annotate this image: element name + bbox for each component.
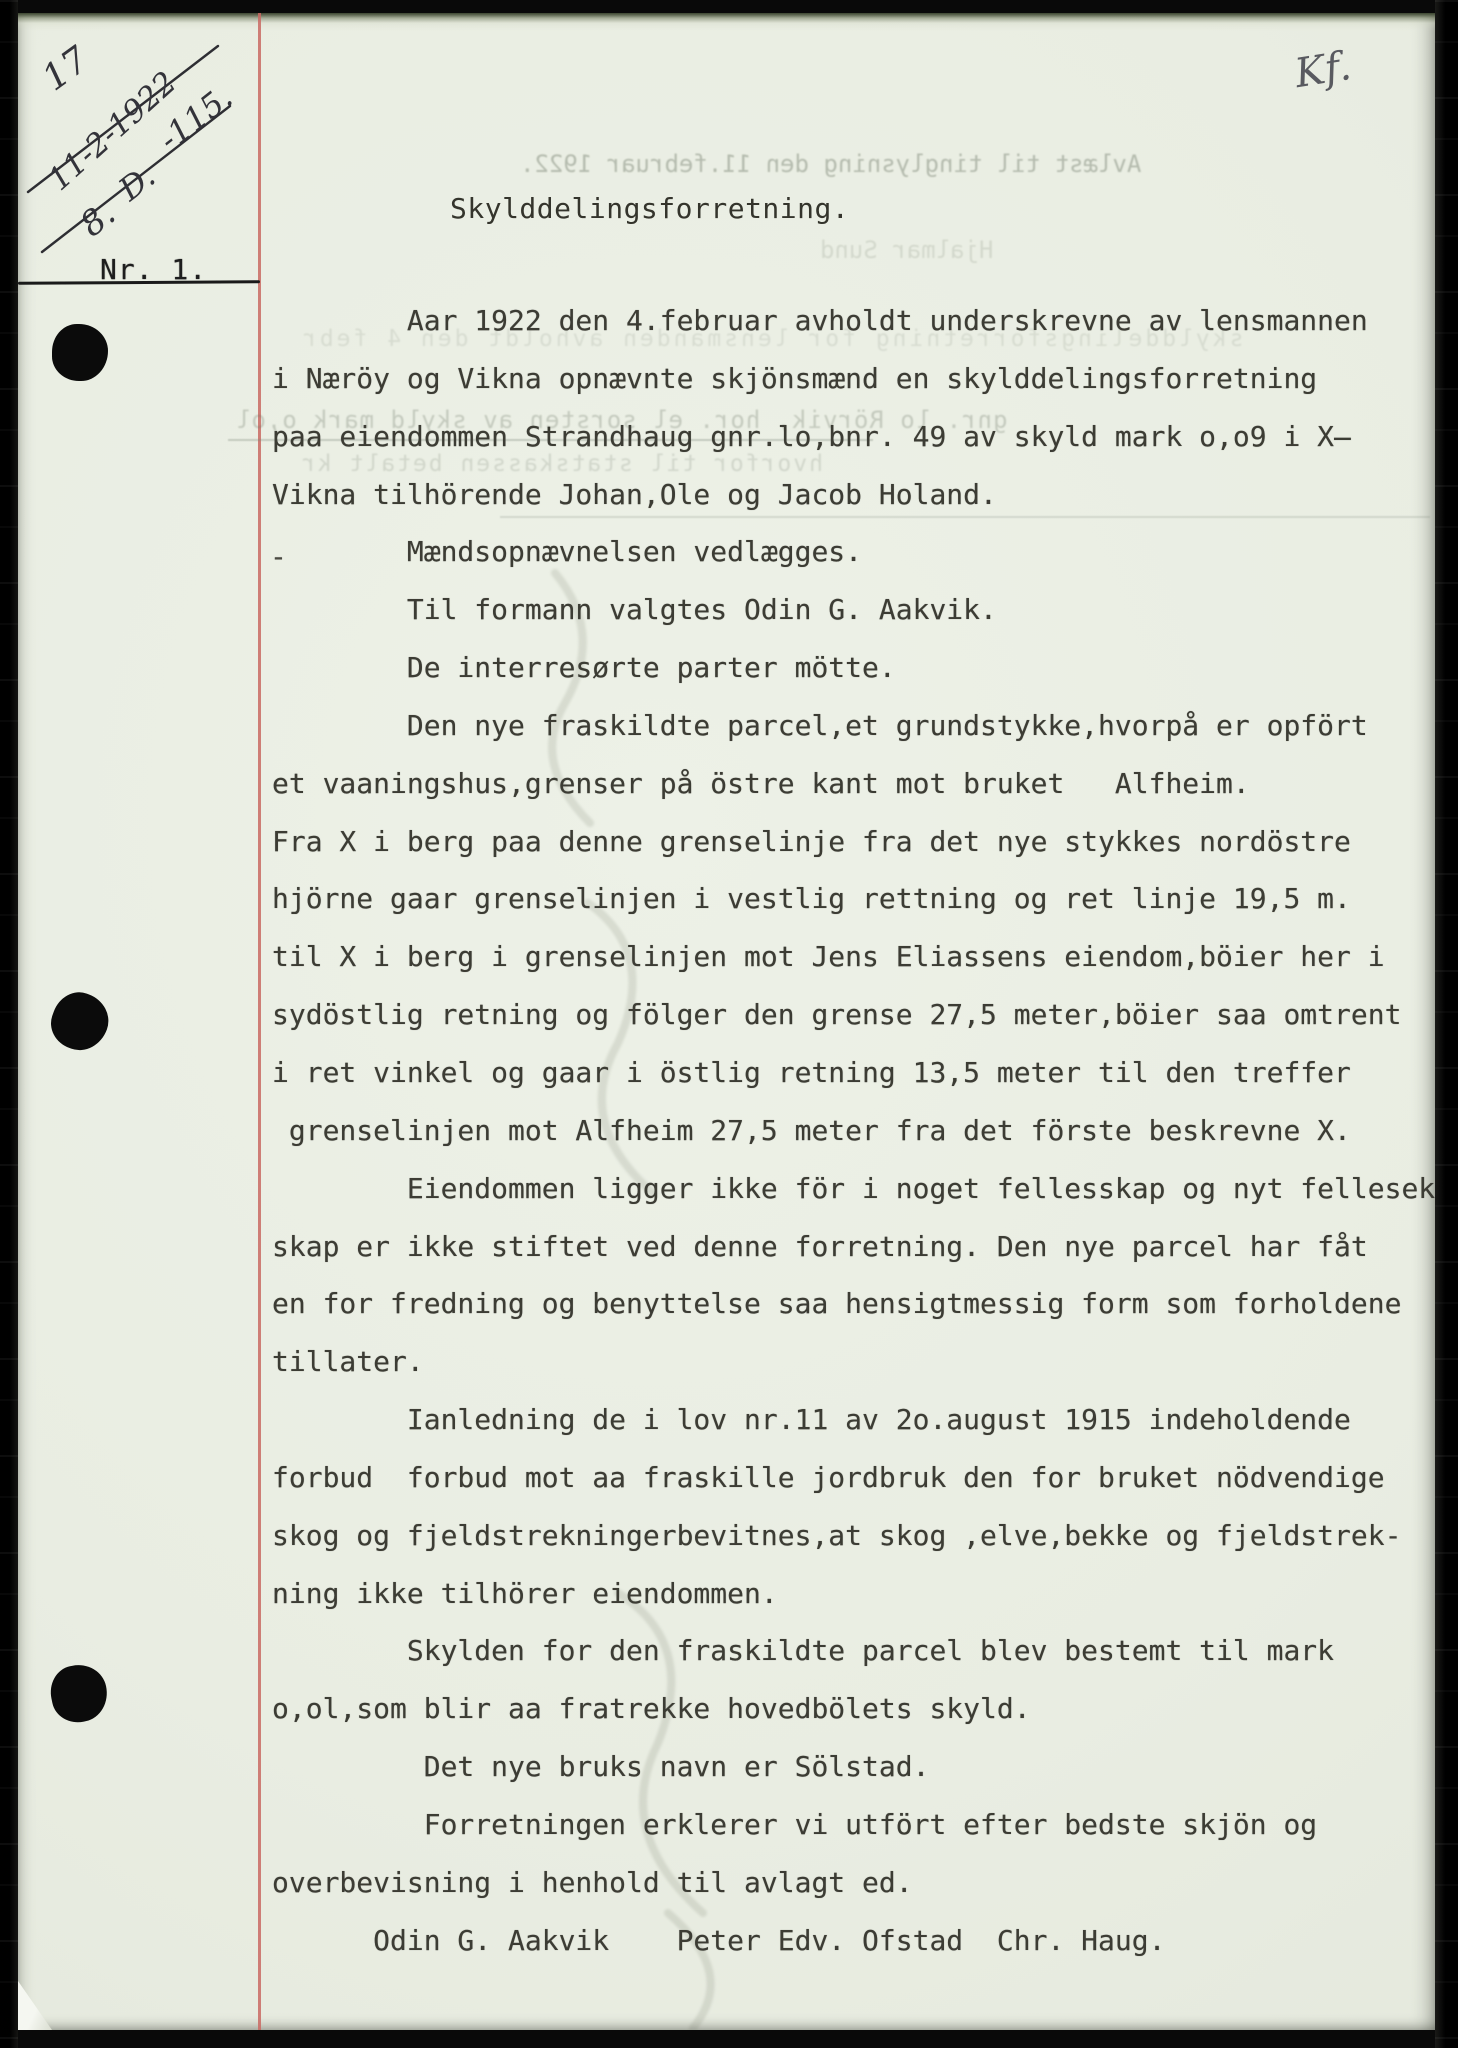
body-line: Ianledning de i lov nr.11 av 2o.august 1… bbox=[272, 1391, 1435, 1449]
body-line: ning ikke tilhörer eiendommen. bbox=[272, 1565, 1435, 1623]
body-line: en for fredning og benyttelse saa hensig… bbox=[272, 1275, 1435, 1333]
body-line: Vikna tilhörende Johan,Ole og Jacob Hola… bbox=[272, 466, 1435, 524]
body-line: Aar 1922 den 4.februar avholdt underskre… bbox=[272, 292, 1435, 350]
body-line: skog og fjeldstrekningerbevitnes,at skog… bbox=[272, 1507, 1435, 1565]
body-line: til X i berg i grenselinjen mot Jens Eli… bbox=[272, 928, 1435, 986]
body-line: hjörne gaar grenselinjen i vestlig rettn… bbox=[272, 870, 1435, 928]
body-line: i ret vinkel og gaar i östlig retning 13… bbox=[272, 1044, 1435, 1102]
document-body: Aar 1922 den 4.februar avholdt underskre… bbox=[272, 292, 1435, 1969]
body-line: o,ol,som blir aa fratrekke hovedbölets s… bbox=[272, 1680, 1435, 1738]
body-line: skap er ikke stiftet ved denne forretnin… bbox=[272, 1218, 1435, 1276]
document-title: Skylddelingsforretning. bbox=[450, 192, 849, 225]
body-line: et vaaningshus,grenser på östre kant mot… bbox=[272, 755, 1435, 813]
body-line: sydöstlig retning og fölger den grense 2… bbox=[272, 986, 1435, 1044]
body-line: Til formann valgtes Odin G. Aakvik. bbox=[272, 581, 1435, 639]
scan-edge-bottom bbox=[0, 2030, 1458, 2048]
handwritten-initials: Kf. bbox=[1292, 43, 1354, 97]
scanned-document-view: { "colors": { "paper": "#e9ede2", "typed… bbox=[0, 0, 1458, 2048]
body-line: Forretningen erklerer vi utfört efter be… bbox=[272, 1796, 1435, 1854]
body-line: overbevisning i henhold til avlagt ed. bbox=[272, 1854, 1435, 1912]
body-line: Det nye bruks navn er Sölstad. bbox=[272, 1738, 1435, 1796]
body-line: paa eiendommen Strandhaug gnr.lo,bnr. 49… bbox=[272, 408, 1435, 466]
body-line: Eiendommen ligger ikke för i noget felle… bbox=[272, 1160, 1435, 1218]
handwritten-archival-reference: 17 11-2-1922 8. D. -115. bbox=[20, 20, 280, 260]
body-line: i Næröy og Vikna opnævnte skjönsmænd en … bbox=[272, 350, 1435, 408]
scan-edge-left bbox=[0, 0, 18, 2048]
body-line: Fra X i berg paa denne grenselinje fra d… bbox=[272, 813, 1435, 871]
ref-book-num: 8. bbox=[73, 194, 123, 246]
body-line: Skylden for den fraskildte parcel blev b… bbox=[272, 1622, 1435, 1680]
scan-edge-top bbox=[0, 0, 1458, 13]
signatures-line: Odin G. Aakvik Peter Edv. Ofstad Chr. Ha… bbox=[272, 1912, 1435, 1970]
body-line: grenselinjen mot Alfheim 27,5 meter fra … bbox=[272, 1102, 1435, 1160]
body-line: Mændsopnævnelsen vedlægges. bbox=[272, 523, 1435, 581]
body-line: forbud forbud mot aa fraskille jordbruk … bbox=[272, 1449, 1435, 1507]
scan-edge-right bbox=[1435, 0, 1458, 2048]
ref-doc-no: 17 bbox=[35, 39, 96, 99]
body-line: Den nye fraskildte parcel,et grundstykke… bbox=[272, 697, 1435, 755]
body-line: De interresørte parter mötte. bbox=[272, 639, 1435, 697]
body-line: tillater. bbox=[272, 1333, 1435, 1391]
scanned-page: Avlæst til tinglysning den 11.februar 19… bbox=[18, 13, 1435, 2030]
